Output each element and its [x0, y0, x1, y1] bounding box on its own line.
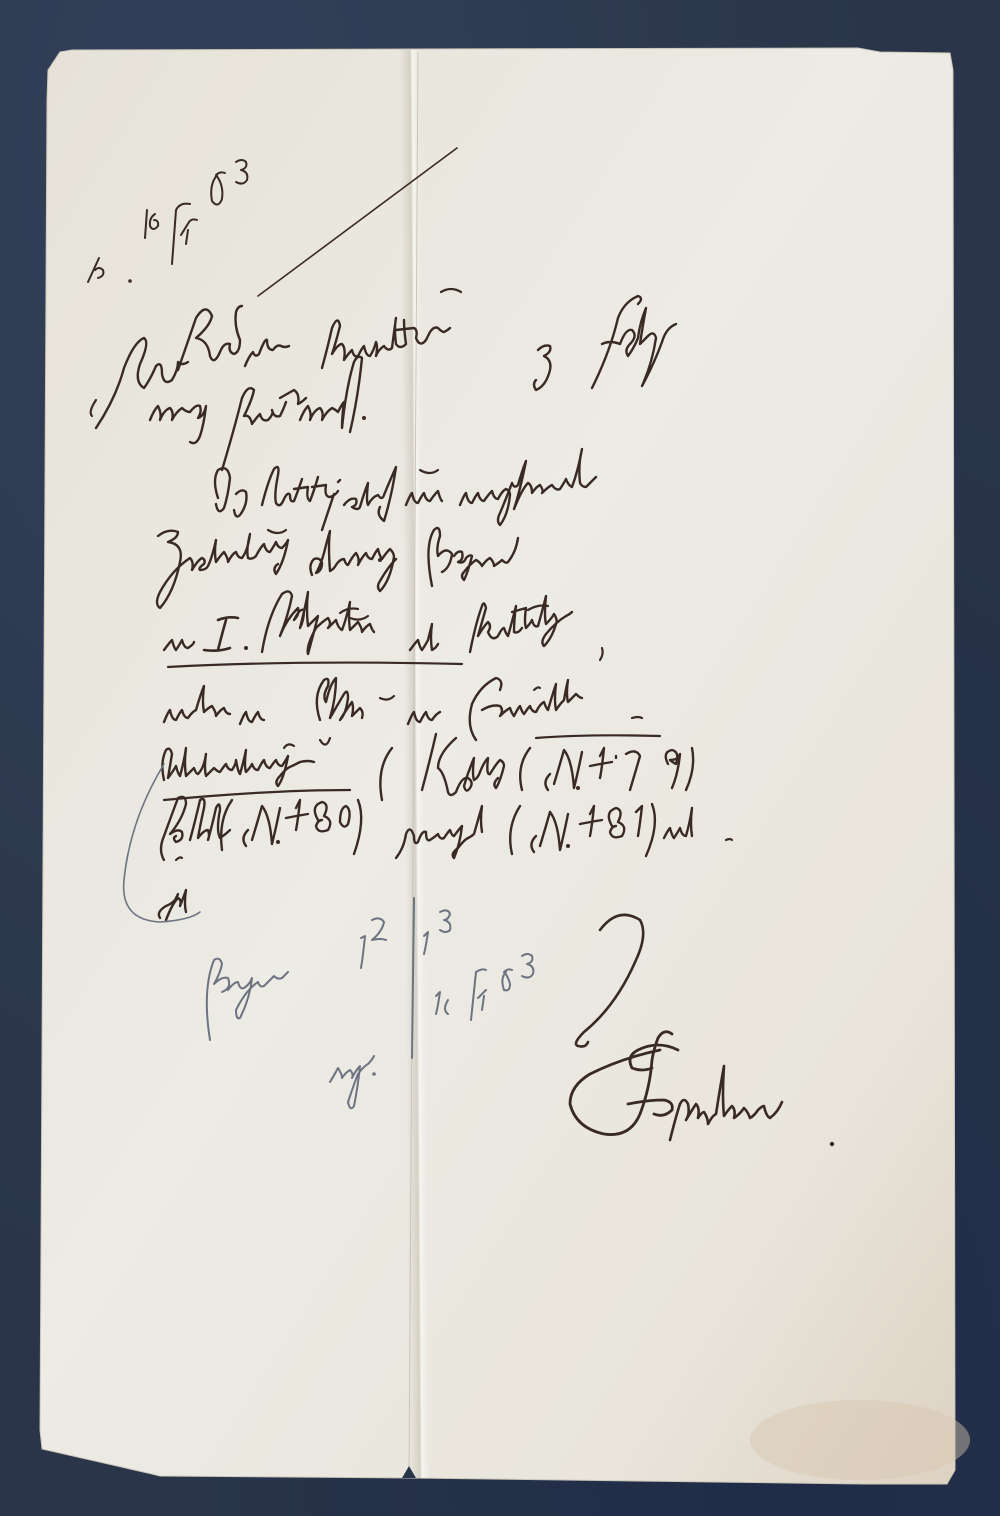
paper-body: [40, 48, 955, 1484]
letter-drawing: [0, 0, 1000, 1516]
letter-sheet: b. 16/I 83 Der Rest der Correctur ergeht…: [0, 0, 1000, 1516]
